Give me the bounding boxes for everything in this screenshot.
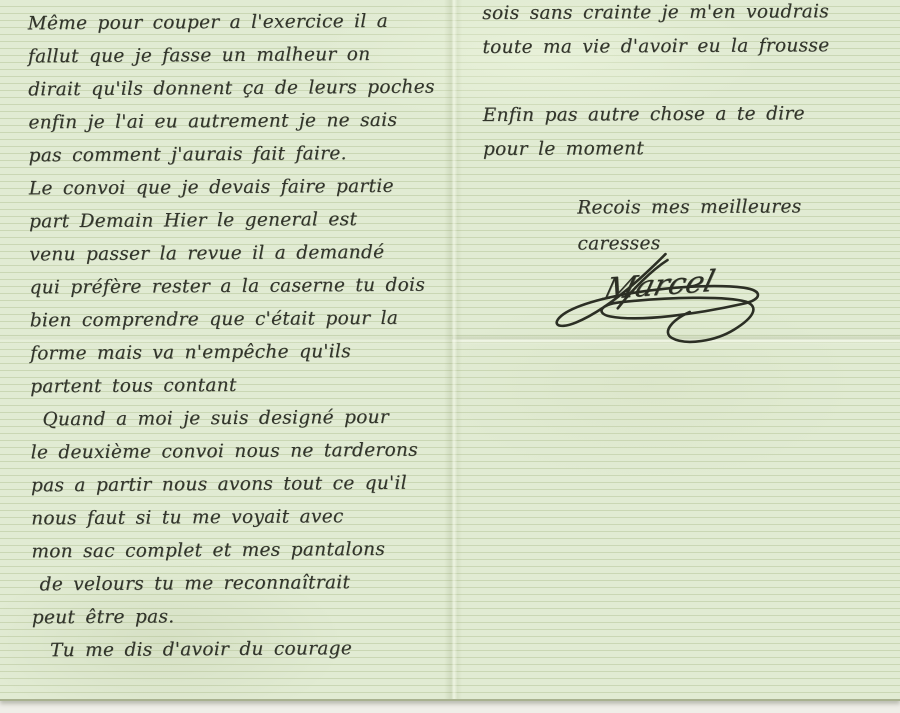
page-left: Même pour couper a l'exercice il a fallu… bbox=[0, 0, 460, 701]
handwritten-line: Tu me dis d'avoir du courage bbox=[2, 631, 460, 667]
letter-scan: Même pour couper a l'exercice il a fallu… bbox=[0, 0, 900, 713]
handwritten-line: toute ma vie d'avoir eu la frousse bbox=[482, 29, 829, 65]
handwritten-line: dirait qu'ils donnent ça de leurs poches bbox=[0, 70, 456, 106]
handwritten-line: pour le moment bbox=[483, 131, 805, 167]
handwritten-line: Recois mes meilleures bbox=[577, 189, 801, 226]
handwritten-line: Quand a moi je suis designé pour bbox=[0, 400, 458, 436]
handwritten-line: Enfin pas autre chose a te dire bbox=[483, 97, 805, 133]
handwritten-line: venu passer la revue il a demandé bbox=[0, 235, 457, 271]
handwritten-line: de velours tu me reconnaîtrait bbox=[2, 565, 460, 601]
handwritten-line: qui préfère rester a la caserne tu dois bbox=[0, 268, 458, 304]
closing-paragraph: Enfin pas autre chose a te dire pour le … bbox=[483, 97, 805, 167]
opening-paragraph: sois sans crainte je m'en voudrais toute… bbox=[482, 0, 829, 65]
handwritten-line: Même pour couper a l'exercice il a bbox=[0, 4, 456, 40]
handwritten-line: peut être pas. bbox=[2, 598, 460, 634]
handwritten-line: sois sans crainte je m'en voudrais bbox=[482, 0, 829, 31]
handwritten-line: mon sac complet et mes pantalons bbox=[1, 532, 459, 568]
handwritten-line: fallut que je fasse un malheur on bbox=[0, 37, 456, 73]
handwritten-line: nous faut si tu me voyait avec bbox=[1, 499, 459, 535]
handwritten-line: part Demain Hier le general est bbox=[0, 202, 457, 238]
handwritten-line: bien comprendre que c'était pour la bbox=[0, 301, 458, 337]
handwritten-line: le deuxième convoi nous ne tarderons bbox=[1, 433, 459, 469]
page-right: sois sans crainte je m'en voudrais toute… bbox=[458, 0, 900, 700]
handwritten-line: Le convoi que je devais faire partie bbox=[0, 169, 457, 205]
handwritten-line: pas comment j'aurais fait faire. bbox=[0, 136, 457, 172]
handwritten-line: pas a partir nous avons tout ce qu'il bbox=[1, 466, 459, 502]
handwritten-line: enfin je l'ai eu autrement je ne sais bbox=[0, 103, 457, 139]
handwritten-line: forme mais va n'empêche qu'ils bbox=[0, 334, 458, 370]
signature-marcel: Marcel bbox=[547, 245, 788, 356]
handwritten-line: partent tous contant bbox=[0, 367, 458, 403]
